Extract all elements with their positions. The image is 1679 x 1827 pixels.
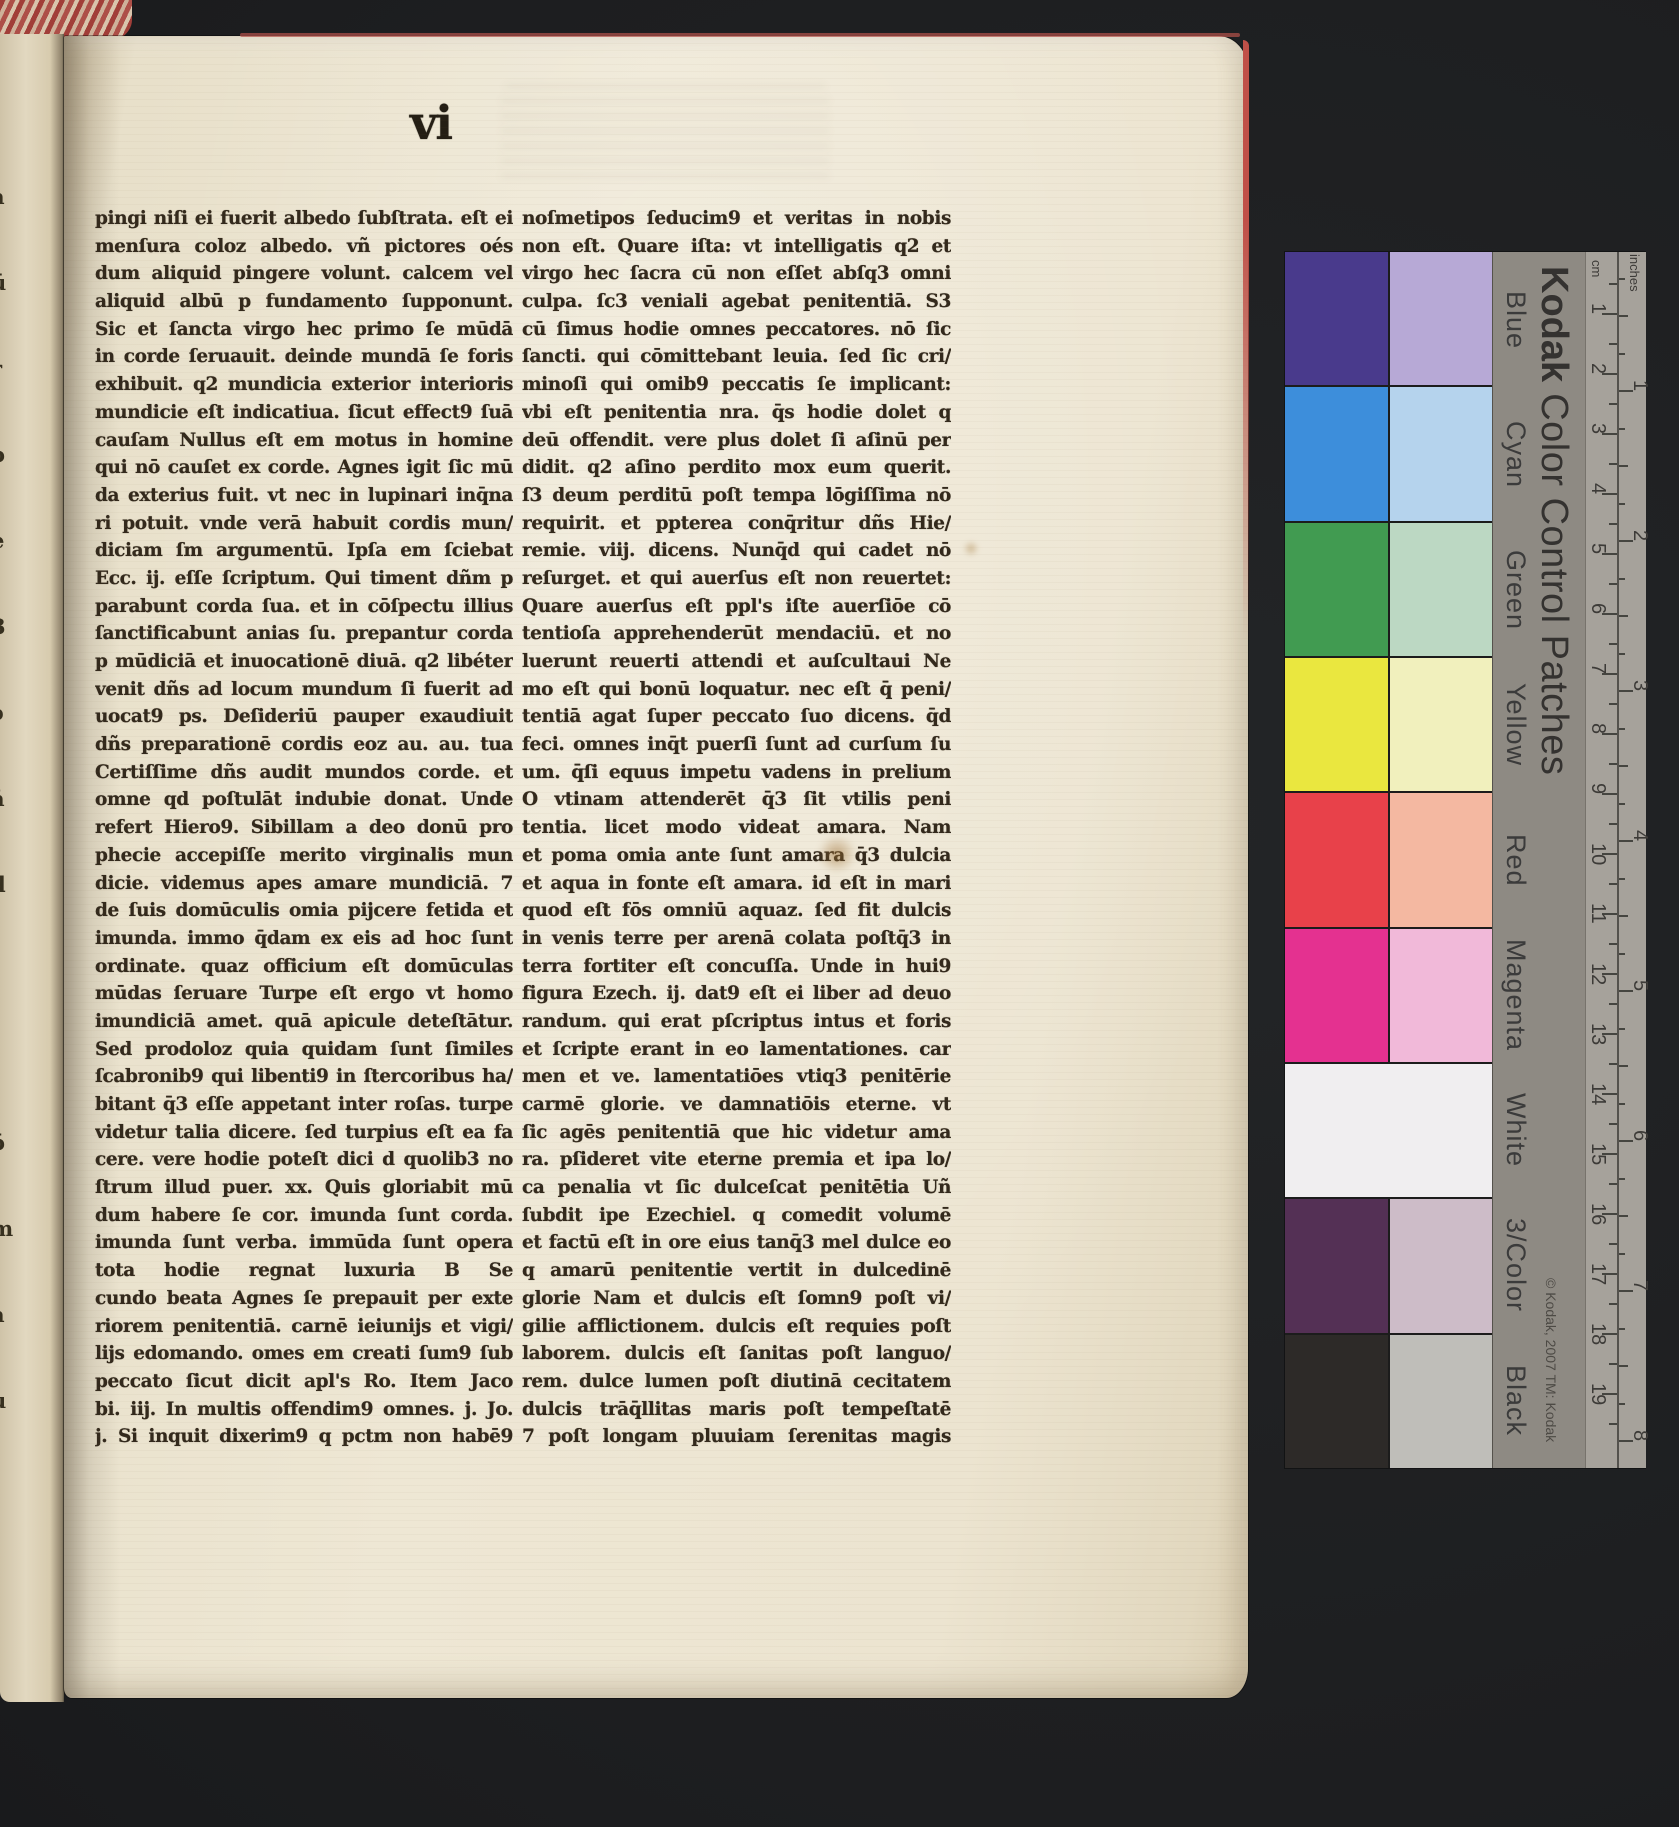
color-patch-blue	[1285, 252, 1388, 385]
text-line: venit dñs ad locum mundum ſi fuerit ad	[95, 676, 513, 704]
text-line: lijs edomando. omes em creati ſum9 ſub	[95, 1340, 513, 1368]
ruler-tick	[1609, 1123, 1617, 1125]
text-line: laborem. dulcis eſt ſanitas poſt languo/	[522, 1340, 951, 1368]
book-page: vi pingi niſi ei fuerit albedo ſubſtrata…	[64, 36, 1248, 1698]
color-patch-3-color	[1285, 1199, 1388, 1332]
text-line: tentiā agat ſuper peccato ſuo dicens. q̄…	[522, 703, 951, 731]
gutter-fragment: r	[0, 356, 2, 381]
patch-row-label-text: Yellow	[1500, 683, 1531, 766]
ruler-cm-number: 16	[1588, 1203, 1608, 1225]
ruler-cm-number: 5	[1588, 543, 1608, 554]
ruler-cm-label: cm	[1589, 260, 1604, 277]
ruler-tick	[1609, 343, 1617, 345]
ruler-tick	[1619, 878, 1625, 880]
text-line: videtur talia dicere. ſed turpius eſt ea…	[95, 1119, 513, 1147]
text-line: ra. pſideret vite eterne premia et ipa l…	[522, 1146, 951, 1174]
gutter-fragment: ū	[0, 270, 6, 295]
text-line: peccato ſicut dicit apl's Ro. Item Jaco	[95, 1368, 513, 1396]
ruler-tick	[1619, 765, 1628, 767]
ruler-cm-number: 19	[1588, 1383, 1608, 1405]
text-column-left: pingi niſi ei fuerit albedo ſubſtrata. e…	[95, 205, 513, 1451]
color-patch-green-tint	[1390, 523, 1493, 656]
ruler: cm inches 123456789101112131415161718191…	[1585, 252, 1646, 1468]
ruler-tick	[1609, 1243, 1617, 1245]
text-line: omne qd poſtulāt indubie donat. Unde	[95, 786, 513, 814]
patch-row-label-text: Red	[1500, 834, 1531, 887]
text-line: noſmetipos ſeducim9 et veritas in nobis	[522, 205, 951, 233]
ruler-inch-number: 8	[1630, 1430, 1650, 1441]
text-line: bi. iij. In multis offendim9 omnes. j. J…	[95, 1396, 513, 1424]
color-patch-yellow	[1285, 658, 1388, 791]
text-line: Sic et ſancta virgo hec primo ſe mūdā	[95, 316, 513, 344]
ruler-tick	[1619, 1178, 1625, 1180]
gutter-fragment: a	[0, 1302, 5, 1327]
text-line: Sed prodoloz quia quidam ſunt ſimiles	[95, 1036, 513, 1064]
text-line: pingi niſi ei fuerit albedo ſubſtrata. e…	[95, 205, 513, 233]
ruler-tick	[1619, 1328, 1625, 1330]
patch-row-label-text: 3/Color	[1500, 1218, 1531, 1312]
gutter-fragment: m	[0, 1216, 13, 1241]
ruler-tick	[1619, 353, 1625, 355]
text-line: bitant q̄3 eſſe appetant inter roſas. tu…	[95, 1091, 513, 1119]
gutter-fragment: 3	[0, 614, 6, 639]
text-line: didit. q2 aſino perdito mox eum querit.	[522, 454, 951, 482]
patch-row-label: White	[1493, 1063, 1586, 1198]
text-line: cauſam Nullus eſt em motus in homine	[95, 427, 513, 455]
text-line: vbi eſt penitentia nra. q̄s hodie dolet …	[522, 399, 951, 427]
ruler-tick	[1619, 803, 1625, 805]
gutter-fragment: ↄ	[0, 700, 4, 725]
ruler-cm-number: 4	[1588, 483, 1608, 494]
color-patch-3-color-tint	[1390, 1199, 1493, 1332]
ruler-cm-number: 7	[1588, 663, 1608, 674]
text-line: remie. viij. dicens. Nunq̄d qui cadet nō	[522, 537, 951, 565]
ruler-tick	[1609, 883, 1617, 885]
ruler-tick	[1619, 953, 1625, 955]
text-line: imundiciā amet. quā apicule deteſtātur.	[95, 1008, 513, 1036]
text-line: refert Hiero9. Sibillam a deo donū pro	[95, 814, 513, 842]
text-line: deū offendit. vere plus dolet ſi aſinū p…	[522, 427, 951, 455]
ruler-tick	[1609, 583, 1617, 585]
text-line: qui nō cauſet ex corde. Agnes igit ſic m…	[95, 454, 513, 482]
color-patch-white	[1285, 1064, 1492, 1197]
ruler-cm-number: 17	[1588, 1263, 1608, 1285]
color-patch-black-tint	[1390, 1335, 1493, 1468]
text-line: Quare auerſus eſt ppl's iſte auerſiōe cō	[522, 593, 951, 621]
ruler-tick	[1609, 463, 1617, 465]
ruler-tick	[1619, 1215, 1628, 1217]
text-line: tentioſa apprehenderūt mendaciū. et no	[522, 620, 951, 648]
ruler-cm-number: 12	[1588, 963, 1608, 985]
card-title: Kodak Color Control Patches	[1532, 266, 1575, 775]
ruler-cm-number: 14	[1588, 1083, 1608, 1105]
color-patch-red-tint	[1390, 793, 1493, 926]
text-line: phecie accepiſſe merito virginalis mun	[95, 842, 513, 870]
text-line: virgo hec ſacra cū non eſſet abſq3 omni	[522, 260, 951, 288]
patch-row-label-text: Black	[1500, 1365, 1531, 1436]
ruler-inch-number: 2	[1630, 530, 1650, 541]
ruler-cm-number: 2	[1588, 363, 1608, 374]
color-patch-yellow-tint	[1390, 658, 1493, 791]
ruler-inch-number: 5	[1630, 980, 1650, 991]
text-line: diciam ſm argumentū. Ipſa em ſciebat	[95, 537, 513, 565]
ruler-tick	[1609, 703, 1617, 705]
text-line: minoſi qui omib9 peccatis ſe implicant:	[522, 371, 951, 399]
text-line: cū ſimus hodie omnes peccatores. nō ſic	[522, 316, 951, 344]
ruler-tick	[1609, 283, 1617, 285]
color-patch-cyan-tint	[1390, 387, 1493, 520]
text-line: rem. dulce lumen poſt diutinā cecitatem	[522, 1368, 951, 1396]
text-line: imunda. immo q̄dam ex eis ad hoc ſunt	[95, 925, 513, 953]
text-line: riorem penitentiā. carnē ieiunijs et vig…	[95, 1313, 513, 1341]
text-line: ri potuit. vnde verā habuit cordis mun/	[95, 510, 513, 538]
gutter-text-fragments: aūroe3ↄād//ōmau/	[0, 184, 17, 1604]
gutter-fragment: ō	[0, 1130, 5, 1155]
text-line: aliquid albū p fundamento ſupponunt.	[95, 288, 513, 316]
text-line: ſ3 deum perditū poſt tempa lōgiſſima nō	[522, 482, 951, 510]
text-line: glorie Nam et dulcis eſt ſomn9 poſt vi/	[522, 1285, 951, 1313]
ruler-rail	[1617, 252, 1619, 1468]
ruler-tick	[1619, 1253, 1625, 1255]
ruler-inch-number: 3	[1630, 680, 1650, 691]
show-through-smudge	[500, 84, 830, 184]
ruler-tick	[1619, 465, 1628, 467]
text-line: uocat9 ps. Deſideriū pauper exaudiuit	[95, 703, 513, 731]
ruler-tick	[1619, 1065, 1628, 1067]
patch-row-label: 3/Color	[1493, 1198, 1586, 1333]
patch-row-label-text: Cyan	[1500, 421, 1531, 488]
text-line: ſubdit ipe Ezechiel. q comedit volumē	[522, 1202, 951, 1230]
text-line: carmē glorie. ve damnatiōis eterne. vt	[522, 1091, 951, 1119]
ruler-tick	[1609, 523, 1617, 525]
text-line: ſtrum illud puer. xx. Quis gloriabit mū	[95, 1174, 513, 1202]
text-line: et factū eſt in ore eius tanq̄3 mel dulc…	[522, 1229, 951, 1257]
red-stained-fore-edge	[1243, 40, 1249, 640]
ruler-inch-number: 1	[1630, 380, 1650, 391]
text-line: et ſcripte erant in eo lamentationes. ca…	[522, 1036, 951, 1064]
text-line: dum aliquid pingere volunt. calcem vel	[95, 260, 513, 288]
photograph-background: aūroe3ↄād//ōmau/ vi pingi niſi ei fuerit…	[0, 0, 1679, 1827]
text-line: ca penalia vt ſic dulceſcat penitētia Uñ	[522, 1174, 951, 1202]
text-line: O vtinam attenderēt q̄3 ſit vtilis peni	[522, 786, 951, 814]
text-line: gilie afflictionem. dulcis eſt requies p…	[522, 1313, 951, 1341]
patch-row-label: Magenta	[1493, 928, 1586, 1063]
text-line: ſanctificabunt anias ſu. prepantur corda	[95, 620, 513, 648]
text-line: j. Si inquit dixerim9 q pctm non habē9	[95, 1423, 513, 1451]
ruler-tick	[1609, 1063, 1617, 1065]
text-line: menſura coloz albedo. vñ pictores oés	[95, 233, 513, 261]
patch-row-label-text: White	[1500, 1093, 1531, 1167]
gutter-fragment: a	[0, 184, 5, 209]
ruler-tick	[1609, 943, 1617, 945]
ruler-tick	[1609, 1183, 1617, 1185]
text-line: Certiſſime dñs audit mundos corde. et	[95, 759, 513, 787]
ruler-cm-number: 9	[1588, 783, 1608, 794]
ruler-tick	[1609, 403, 1617, 405]
patch-row-label: Red	[1493, 792, 1586, 927]
ruler-tick	[1619, 428, 1625, 430]
ruler-tick	[1619, 315, 1628, 317]
color-patch-blue-tint	[1390, 252, 1493, 385]
text-line: ſic agēs penitentiā que hic videtur ama	[522, 1119, 951, 1147]
ruler-tick	[1609, 1303, 1617, 1305]
patch-row-label: Black	[1493, 1333, 1586, 1468]
text-line: 7 poſt longam pluuiam ſerenitas magis	[522, 1423, 951, 1451]
text-line: p mūdiciā et inuocationē diuā. q2 libéte…	[95, 648, 513, 676]
text-line: quod eſt fōs omniū aquaz. ſed fit dulcis	[522, 897, 951, 925]
text-line: imunda ſunt verba. immūda ſunt opera	[95, 1229, 513, 1257]
ruler-cm-number: 1	[1588, 303, 1608, 314]
text-line: reſurget. et qui auerſus eſt non reuerte…	[522, 565, 951, 593]
text-line: dicie. videmus apes amare mundiciā. 7	[95, 870, 513, 898]
kodak-brand: Kodak	[1533, 266, 1575, 382]
ruler-cm-number: 15	[1588, 1143, 1608, 1165]
ruler-tick	[1619, 1365, 1628, 1367]
card-copyright: © Kodak, 2007 TM: Kodak	[1543, 1278, 1559, 1442]
ruler-tick	[1619, 1103, 1625, 1105]
ruler-tick	[1619, 653, 1625, 655]
text-line: randum. qui erat pſcriptus intus et fori…	[522, 1008, 951, 1036]
ruler-tick	[1619, 1028, 1625, 1030]
card-title-text: Color Control Patches	[1533, 393, 1575, 775]
patch-row-label-text: Green	[1500, 550, 1531, 630]
ruler-cm-number: 3	[1588, 423, 1608, 434]
ruler-cm-number: 18	[1588, 1323, 1608, 1345]
ruler-tick	[1609, 823, 1617, 825]
ruler-tick	[1619, 728, 1625, 730]
ruler-cm-number: 13	[1588, 1023, 1608, 1045]
ruler-tick	[1609, 1363, 1617, 1365]
facing-page-sliver: aūroe3ↄād//ōmau/	[0, 34, 64, 1702]
kodak-color-control-card: BlueCyanGreenYellowRedMagentaWhite3/Colo…	[1285, 252, 1645, 1468]
paper-stain	[962, 541, 980, 556]
ruler-inch-number: 4	[1630, 830, 1650, 841]
patch-row-label-text: Blue	[1500, 291, 1531, 349]
text-line: feci. omnes inq̄t puerſi ſunt ad curſum …	[522, 731, 951, 759]
text-line: tentia. licet modo videat amara. Nam	[522, 814, 951, 842]
ruler-cm-number: 8	[1588, 723, 1608, 734]
text-line: dñs preparationē cordis eoz au. au. tua	[95, 731, 513, 759]
ruler-tick	[1609, 643, 1617, 645]
color-patch-green	[1285, 523, 1388, 656]
text-line: dulcis trāq̄llitas maris poſt tempeſtatē	[522, 1396, 951, 1424]
text-column-right: noſmetipos ſeducim9 et veritas in nobisn…	[522, 205, 951, 1451]
ruler-tick	[1619, 915, 1628, 917]
text-line: terra fortiter eſt concuſſa. Unde in hui…	[522, 953, 951, 981]
text-line: tota hodie regnat luxuria B Se	[95, 1257, 513, 1285]
text-line: da exterius fuit. vt nec in lupinari inq…	[95, 482, 513, 510]
text-line: figura Ezech. ij. dat9 eſt ei liber ad d…	[522, 980, 951, 1008]
gutter-fragment: ā	[0, 786, 5, 811]
color-patch-cyan	[1285, 387, 1388, 520]
text-line: non eſt. Quare iſta: vt intelligatis q2 …	[522, 233, 951, 261]
text-line: dum habere ſe cor. imunda ſunt corda.	[95, 1202, 513, 1230]
ruler-tick	[1609, 1003, 1617, 1005]
text-line: um. q̄ſi equus impetu vadens in prelium	[522, 759, 951, 787]
gutter-fragment: e	[0, 528, 4, 553]
text-line: luerunt reuerti attendi et auſcultaui Ne	[522, 648, 951, 676]
text-line: et aqua in fonte eſt amara. id eſt in ma…	[522, 870, 951, 898]
text-line: in venis terre per arenā colata poſtq̄3 …	[522, 925, 951, 953]
gutter-fragment: d	[0, 872, 6, 897]
ruler-cm-number: 10	[1588, 843, 1608, 865]
ruler-tick	[1619, 1403, 1625, 1405]
color-patch-grid	[1285, 252, 1492, 1468]
text-line: men et ve. lamentatiōes vtiq3 penitērie	[522, 1063, 951, 1091]
text-line: ſcabronib9 qui libenti9 in ſtercoribus h…	[95, 1063, 513, 1091]
ruler-tick	[1609, 763, 1617, 765]
text-line: de ſuis domūculis omia pijcere fetida et	[95, 897, 513, 925]
red-stained-top-edge	[240, 33, 1240, 37]
text-line: mundicie eſt indicatiua. ſicut effect9 ſ…	[95, 399, 513, 427]
gutter-fragment: o	[0, 442, 5, 467]
folio-number: vi	[410, 96, 451, 151]
text-line: cere. vere hodie poteſt dici d quolib3 n…	[95, 1146, 513, 1174]
ruler-tick	[1619, 615, 1628, 617]
ruler-tick	[1609, 1423, 1617, 1425]
text-line: ordinate. quaz officium eſt domūculas	[95, 953, 513, 981]
text-line: requirit. et ppterea conq̄ritur dñs Hie/	[522, 510, 951, 538]
color-patch-magenta	[1285, 929, 1388, 1062]
color-patch-magenta-tint	[1390, 929, 1493, 1062]
ruler-tick	[1619, 503, 1625, 505]
text-line: exhibuit. q2 mundicia exterior interiori…	[95, 371, 513, 399]
ruler-cm-number: 11	[1588, 903, 1608, 924]
text-line: Ecc. ij. eſſe ſcriptum. Qui timent dñm p	[95, 565, 513, 593]
color-patch-red	[1285, 793, 1388, 926]
patch-row-label-text: Magenta	[1500, 939, 1531, 1051]
text-line: mūdas ſeruare Turpe eſt ergo vt homo	[95, 980, 513, 1008]
text-line: et poma omia ante ſunt amara q̄3 dulcia	[522, 842, 951, 870]
ruler-tick	[1619, 278, 1625, 280]
text-line: ſancti. qui cōmittebant leuia. ſed ſic c…	[522, 343, 951, 371]
text-line: cundo beata Agnes ſe prepauit per exte	[95, 1285, 513, 1313]
color-patch-black	[1285, 1335, 1388, 1468]
text-line: q amarū penitentie vertit in dulcedinē	[522, 1257, 951, 1285]
text-line: parabunt corda ſua. et in cōſpectu illiu…	[95, 593, 513, 621]
text-line: mo eſt qui bonū loquatur. nec eſt q̄ pen…	[522, 676, 951, 704]
ruler-tick	[1619, 578, 1625, 580]
text-line: culpa. ſc3 veniali agebat penitentiā. S3	[522, 288, 951, 316]
ruler-cm-number: 6	[1588, 603, 1608, 614]
ruler-inch-number: 7	[1630, 1280, 1650, 1291]
ruler-inches-label: inches	[1627, 254, 1642, 292]
text-line: in corde ſeruauit. deinde mundā ſe foris	[95, 343, 513, 371]
ruler-inch-number: 6	[1630, 1130, 1650, 1141]
gutter-fragment: u	[0, 1388, 6, 1413]
